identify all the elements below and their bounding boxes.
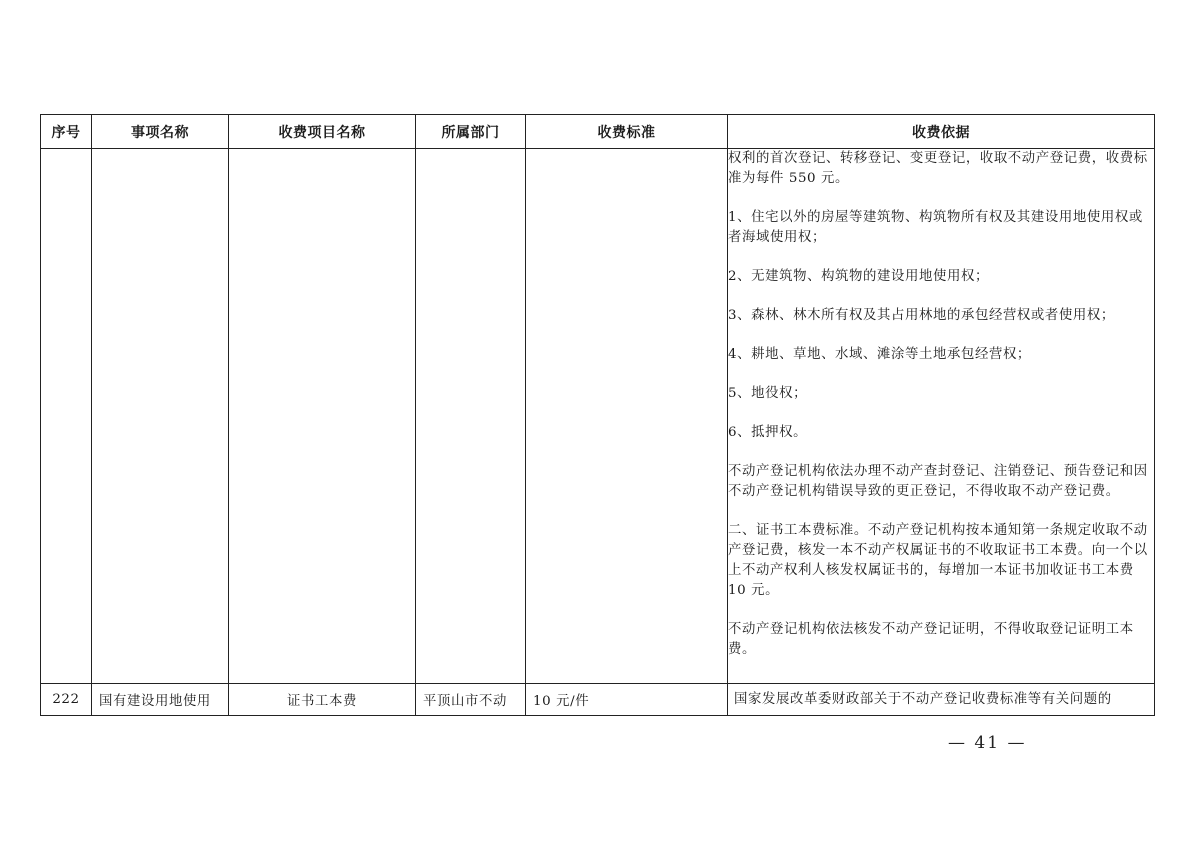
basis-paragraph: 不动产登记机构依法核发不动产登记证明，不得收取登记证明工本费。	[728, 620, 1154, 660]
basis-paragraph: 5、地役权；	[728, 384, 1154, 404]
cell-standard	[526, 149, 728, 684]
table-row-continued: 权利的首次登记、转移登记、变更登记，收取不动产登记费，收费标准为每件 550 元…	[41, 149, 1155, 684]
basis-paragraph: 二、证书工本费标准。不动产登记机构按本通知第一条规定收取不动产登记费，核发一本不…	[728, 521, 1154, 601]
header-basis: 收费依据	[728, 115, 1155, 149]
page-number: — 41 —	[948, 733, 1026, 753]
cell-department	[416, 149, 526, 684]
cell-fee-item	[229, 149, 416, 684]
cell-index: 222	[41, 684, 92, 716]
cell-standard: 10 元/件	[526, 684, 728, 716]
header-standard: 收费标准	[526, 115, 728, 149]
header-department: 所属部门	[416, 115, 526, 149]
document-page: 序号 事项名称 收费项目名称 所属部门 收费标准 收费依据 权利的首次登记、转移…	[0, 0, 1200, 848]
cell-basis: 国家发展改革委财政部关于不动产登记收费标准等有关问题的	[728, 684, 1155, 716]
cell-index	[41, 149, 92, 684]
table-row: 222 国有建设用地使用 证书工本费 平顶山市不动 10 元/件 国家发展改革委…	[41, 684, 1155, 716]
basis-paragraph: 权利的首次登记、转移登记、变更登记，收取不动产登记费，收费标准为每件 550 元…	[728, 149, 1154, 189]
table-header-row: 序号 事项名称 收费项目名称 所属部门 收费标准 收费依据	[41, 115, 1155, 149]
basis-paragraph: 1、住宅以外的房屋等建筑物、构筑物所有权及其建设用地使用权或者海域使用权；	[728, 208, 1154, 248]
basis-paragraph: 3、森林、林木所有权及其占用林地的承包经营权或者使用权；	[728, 306, 1154, 326]
fee-table: 序号 事项名称 收费项目名称 所属部门 收费标准 收费依据 权利的首次登记、转移…	[40, 114, 1155, 716]
cell-item-name: 国有建设用地使用	[92, 684, 229, 716]
cell-department: 平顶山市不动	[416, 684, 526, 716]
header-fee-item: 收费项目名称	[229, 115, 416, 149]
cell-basis: 权利的首次登记、转移登记、变更登记，收取不动产登记费，收费标准为每件 550 元…	[728, 149, 1155, 684]
basis-paragraph: 6、抵押权。	[728, 423, 1154, 443]
cell-item-name	[92, 149, 229, 684]
cell-fee-item: 证书工本费	[229, 684, 416, 716]
basis-paragraph: 不动产登记机构依法办理不动产查封登记、注销登记、预告登记和因不动产登记机构错误导…	[728, 462, 1154, 502]
basis-paragraph: 2、无建筑物、构筑物的建设用地使用权；	[728, 267, 1154, 287]
header-item-name: 事项名称	[92, 115, 229, 149]
header-index: 序号	[41, 115, 92, 149]
basis-paragraph: 4、耕地、草地、水域、滩涂等土地承包经营权；	[728, 345, 1154, 365]
